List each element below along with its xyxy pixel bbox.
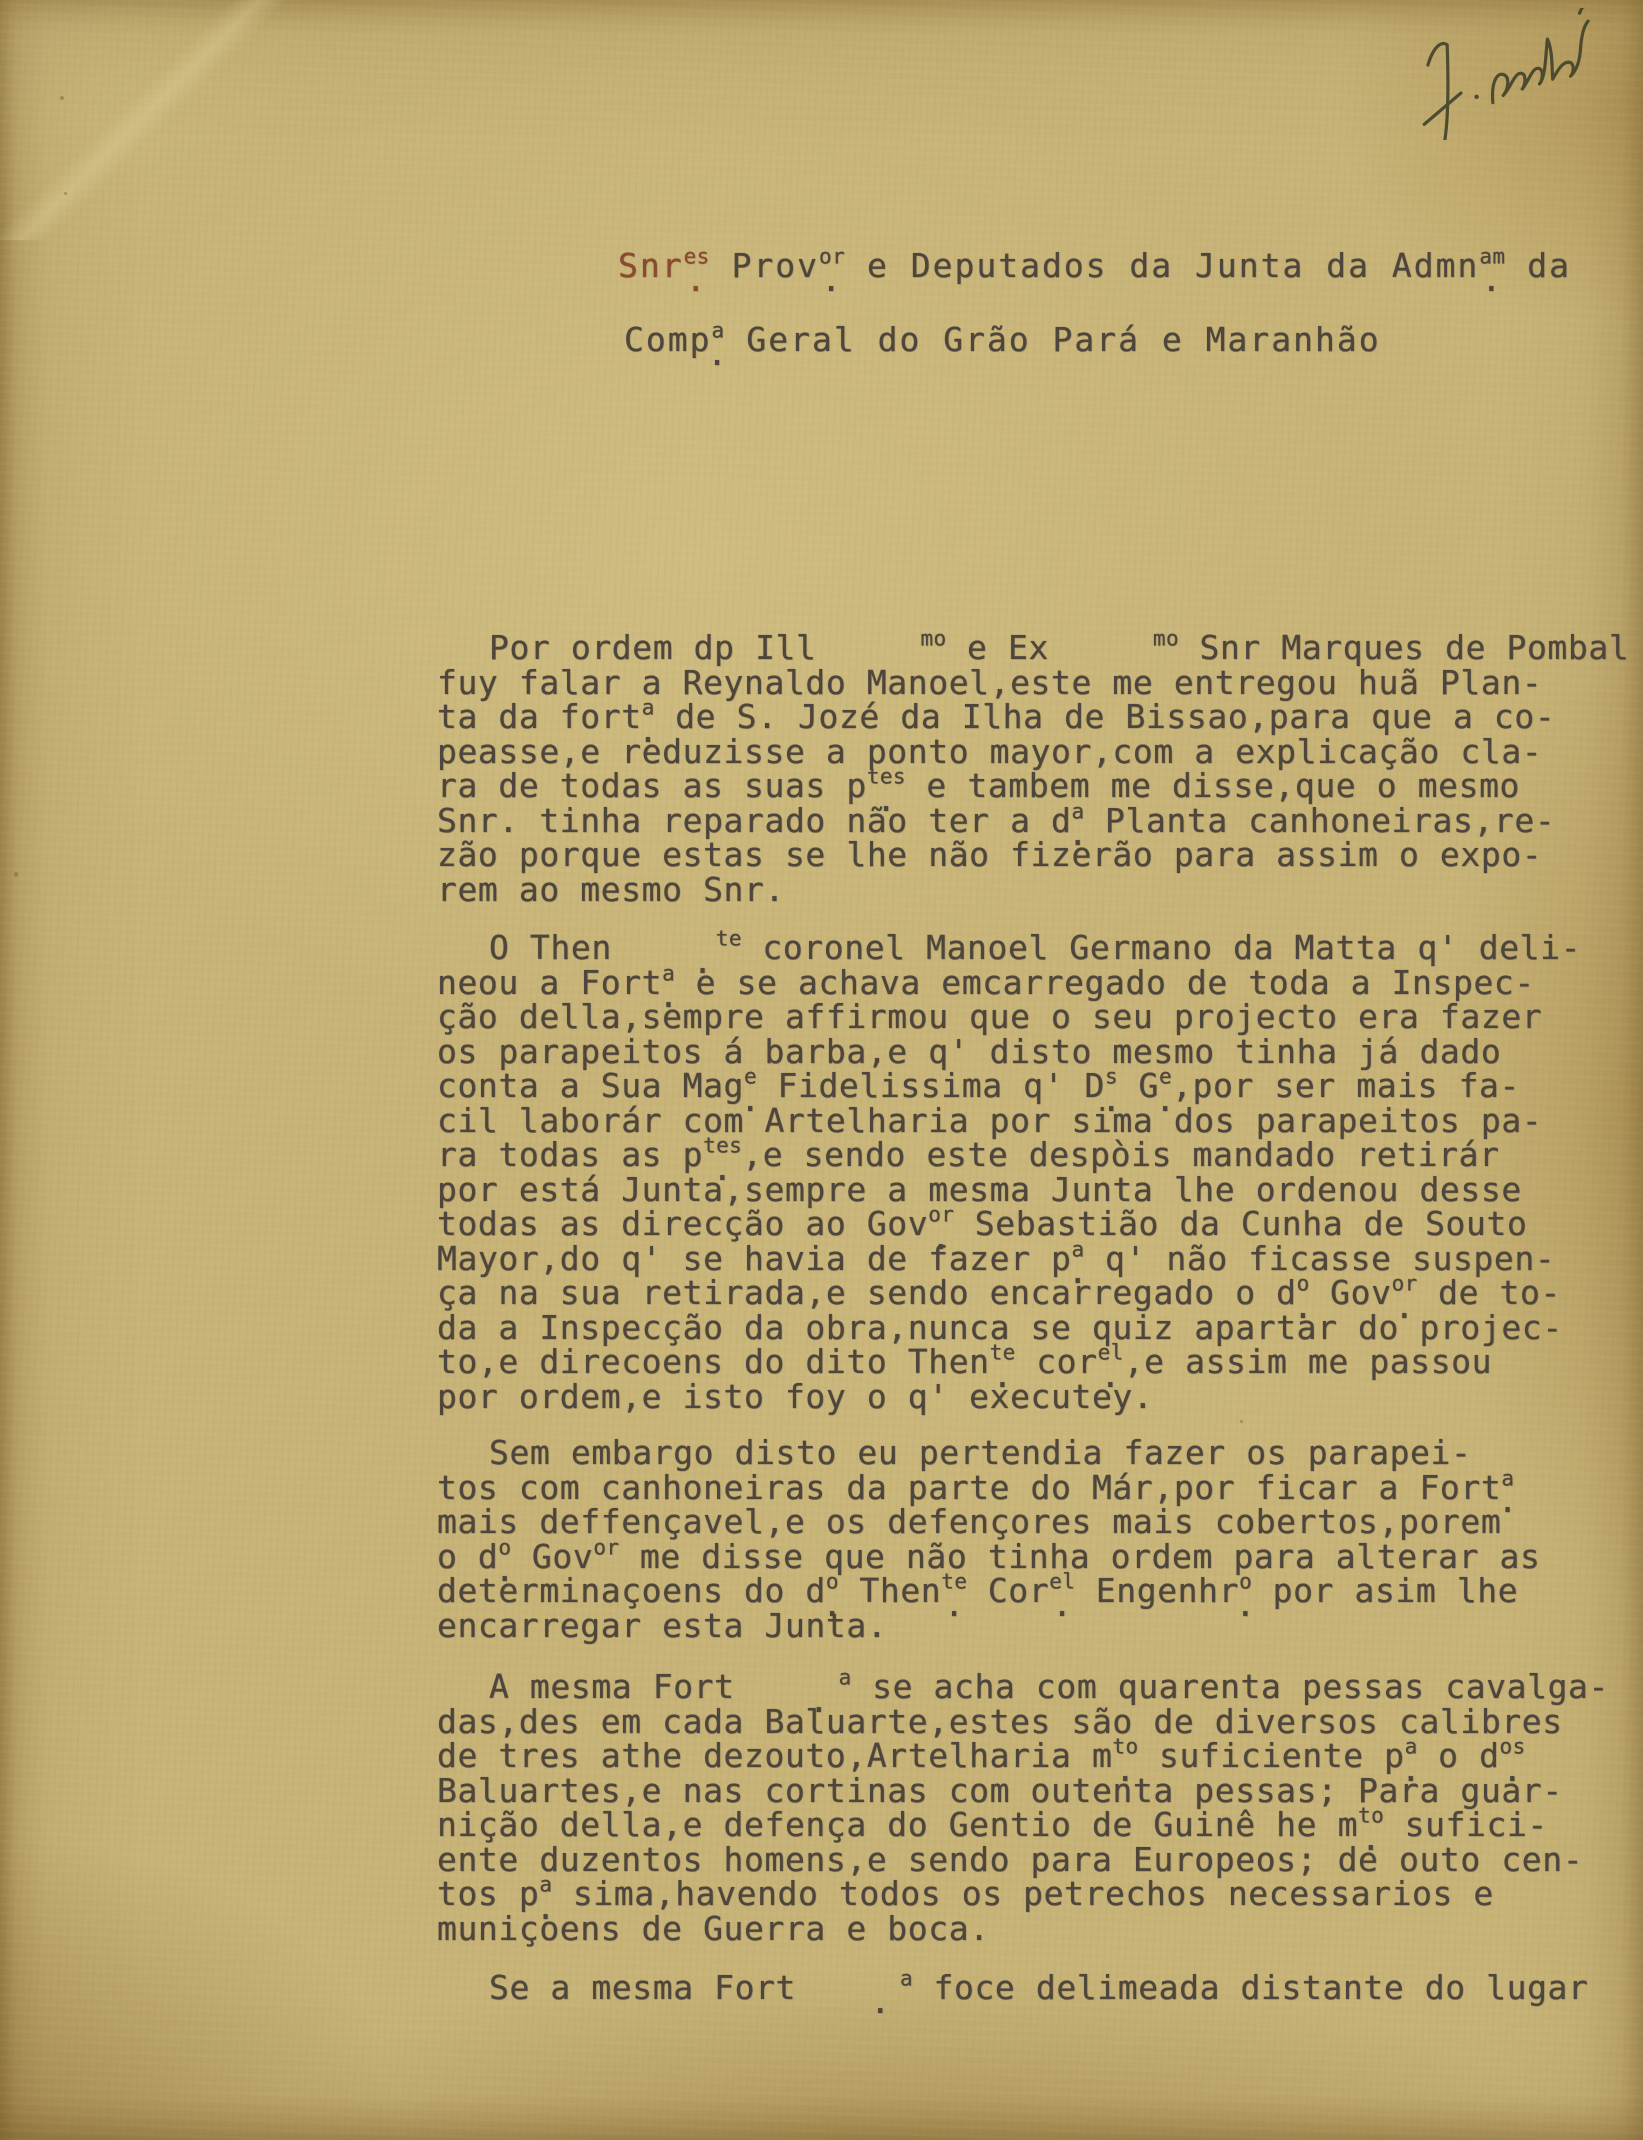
handwritten-signature-icon (1404, 8, 1636, 140)
heading-line-1: Snres. Provor. e Deputados da Junta da A… (618, 249, 1571, 288)
paper-speck (60, 96, 64, 100)
paper-speck (14, 872, 18, 877)
paragraph-2: O Thente. coronel Manoel Germano da Matt… (437, 931, 1597, 1414)
paragraph-4: A mesma Forta. se acha com quarenta pess… (437, 1670, 1597, 1946)
heading-line-1-rest: Provor. e Deputados da Junta da Admnam. … (710, 246, 1571, 285)
paragraph-1: Por ordem dp Illmo e Exmo Snr Marques de… (437, 631, 1597, 907)
paragraph-5: Se a mesma Forta. foce delimeada distant… (437, 1971, 1597, 2006)
paper-speck (1240, 1420, 1243, 1423)
paragraph-3: Sem embargo disto eu pertendia fazer os … (437, 1436, 1597, 1643)
heading-line-2: Compa. Geral do Grão Pará e Maranhão (624, 323, 1381, 362)
paper-speck (64, 192, 67, 195)
scanned-letter: Snres. Provor. e Deputados da Junta da A… (0, 0, 1643, 2140)
heading-salutation: Snres. (618, 246, 710, 285)
